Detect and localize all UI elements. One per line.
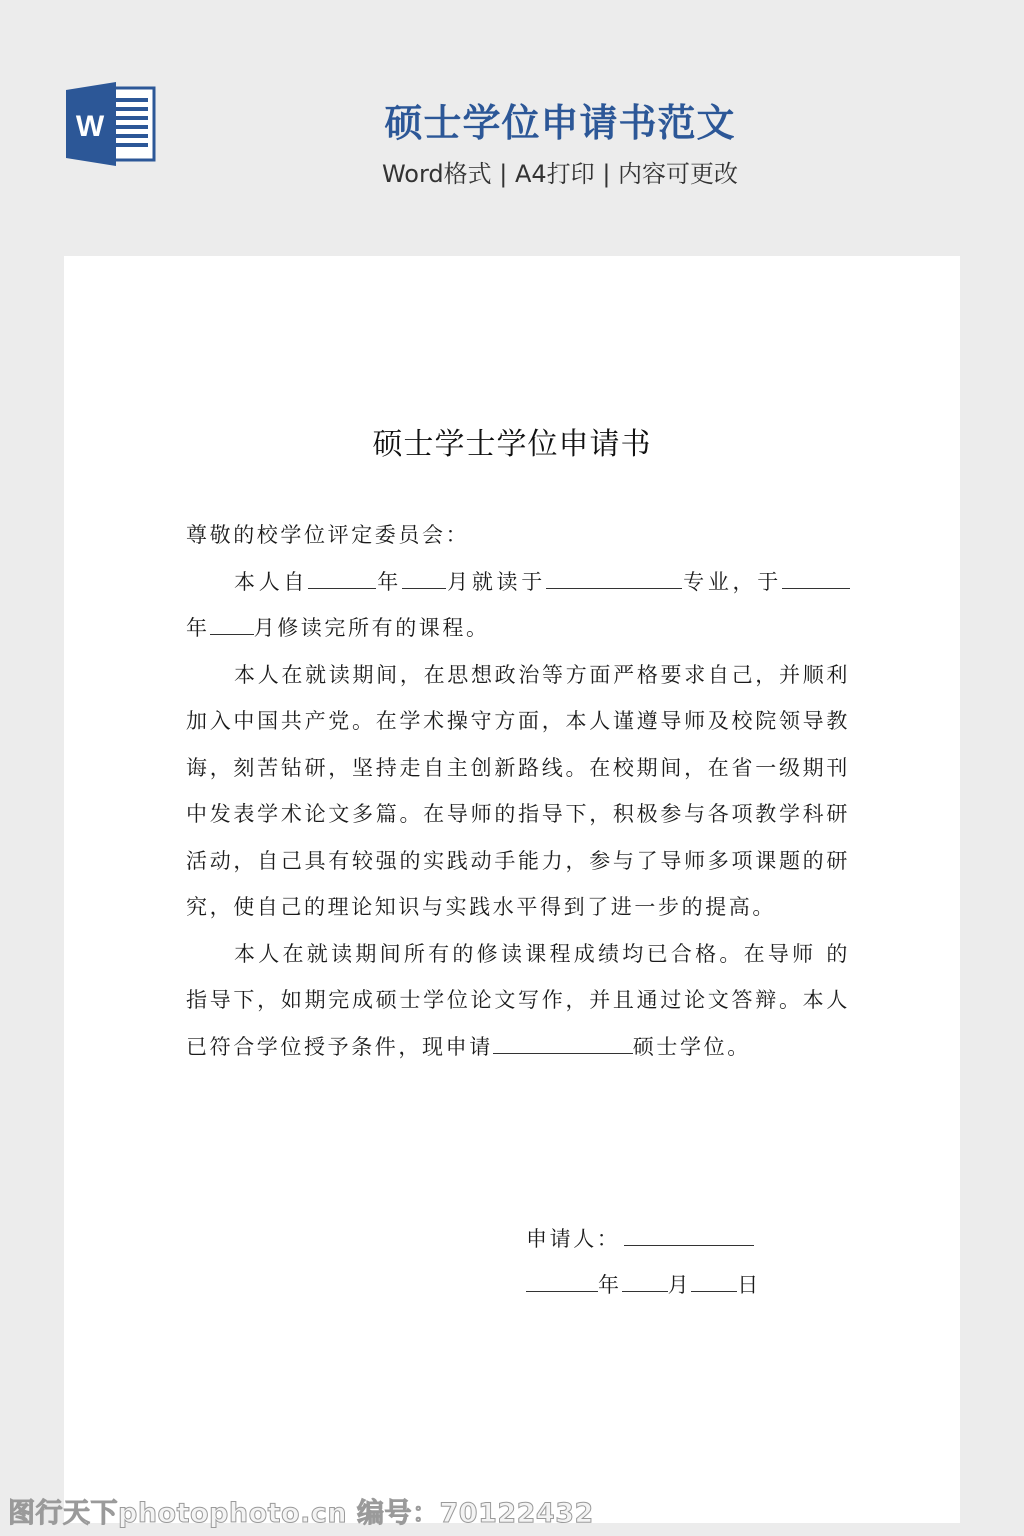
sign-day-blank[interactable] (691, 1271, 737, 1292)
applicant-label: 申请人： (526, 1227, 620, 1251)
document-title: 硕士学士学位申请书 (64, 419, 960, 463)
degree-type-blank[interactable] (493, 1033, 633, 1054)
paragraph-performance: 本人在就读期间，在思想政治等方面严格要求自己，并顺利加入中国共产党。在学术操守方… (186, 652, 850, 931)
page-subtitle: Word格式 | A4打印 | 内容可更改 (300, 154, 820, 189)
paragraph-application: 本人在就读期间所有的修读课程成绩均已合格。在导师 的指导下，如期完成硕士学位论文… (186, 931, 850, 1071)
applicant-row: 申请人： (526, 1216, 761, 1262)
enroll-month-blank[interactable] (402, 568, 446, 589)
svg-text:W: W (76, 110, 105, 143)
sign-month-blank[interactable] (622, 1271, 668, 1292)
date-row: 年月日 (526, 1262, 761, 1308)
enroll-year-blank[interactable] (308, 568, 376, 589)
page-title: 硕士学位申请书范文 (300, 92, 820, 147)
complete-year-blank[interactable] (782, 568, 850, 589)
word-document-icon: W (64, 80, 158, 166)
paragraph-enrollment: 本人自年月就读于专业，于年月修读完所有的课程。 (186, 559, 850, 652)
complete-month-blank[interactable] (210, 614, 254, 635)
signature-block: 申请人： 年月日 (526, 1216, 761, 1308)
document-page: 硕士学士学位申请书 尊敬的校学位评定委员会： 本人自年月就读于专业，于年月修读完… (64, 256, 960, 1523)
major-blank[interactable] (546, 568, 682, 589)
watermark: 图行天下photophoto.cn 编号：70122432 (8, 1491, 594, 1530)
document-body: 尊敬的校学位评定委员会： 本人自年月就读于专业，于年月修读完所有的课程。 本人在… (186, 512, 850, 1070)
applicant-name-blank[interactable] (624, 1225, 754, 1246)
salutation: 尊敬的校学位评定委员会： (186, 512, 850, 559)
sign-year-blank[interactable] (526, 1271, 598, 1292)
